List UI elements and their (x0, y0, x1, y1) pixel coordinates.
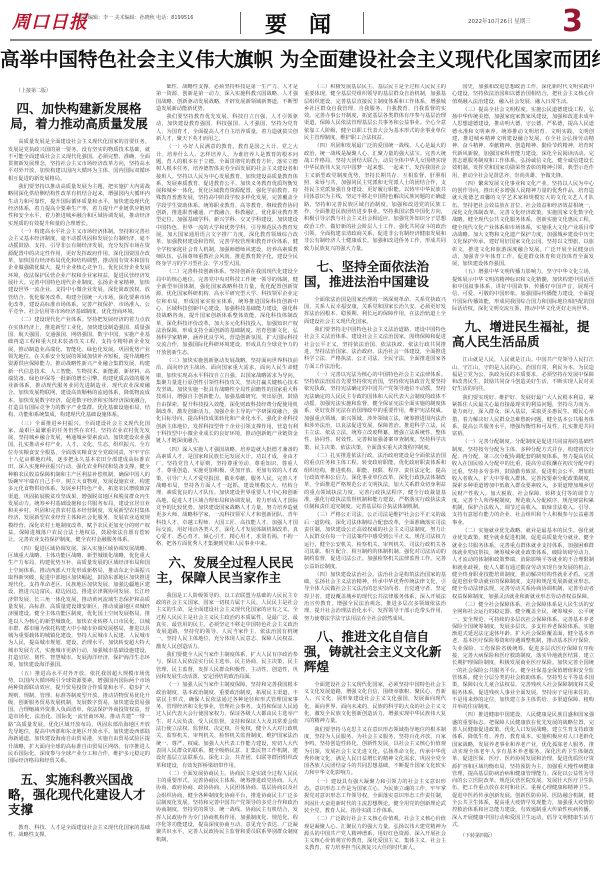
paragraph: （一）加强人民当家作主制度保障。坚持和完善我国根本政治制度、基本政治制度、重要政… (156, 682, 298, 770)
paragraph: （一）完善分配制度。分配制度是促进共同富裕的基础性制度。坚持按劳分配为主体、多种… (452, 439, 594, 527)
paragraph: 教育、科技、人才是全面建设社会主义现代化国家的基础性、战略性支撑。 (8, 825, 150, 840)
editor-credits: 责任编辑：李一 美术编辑：孙晓秋 电话：8199516 (78, 14, 193, 21)
paragraph: 我们要坚持以推动高质量发展为主题，把实施扩大内需战略同深化供给侧结构性改革有机结… (8, 184, 150, 228)
paragraph: （二）实施就业优先战略。就业是最基本的民生。强化就业优先政策，健全就业促进机制，… (452, 528, 594, 601)
paragraph: （一）构建高水平社会主义市场经济体制。坚持和完善社会主义基本经济制度，毫不动摇巩… (8, 229, 150, 317)
paragraph: 础性、战略性支撑。必须坚持科技是第一生产力、人才是第一资源、创新是第一动力，深入… (156, 84, 298, 113)
paragraph: （四）深入实施人才强国战略。培养造就大批德才兼备的高素质人才，是国家和民族长远发… (156, 447, 298, 549)
paragraph: （三）健全社会保障体系。社会保障体系是人民生活的安全网和社会运行的稳定器。健全覆… (452, 602, 594, 711)
paragraph: （一）建设具有强大凝聚力和引领力的社会主义意识形态。意识形态工作是为国家立心、为… (304, 779, 446, 815)
paragraph: （三）积极发展基层民主。基层民主是全过程人民民主的重要体现。健全基层党组织领导的… (304, 84, 446, 142)
paragraph: （五）推进高水平对外开放。依托我国超大规模市场优势，以国内大循环吸引全球资源要素… (8, 671, 150, 766)
paragraph: 我国是工人阶级领导的、以工农联盟为基础的人民民主专政的社会主义国家，国家一切权力… (156, 593, 298, 651)
paragraph: （三）全面推进乡村振兴。全面建设社会主义现代化国家，最艰巨最繁重的任务仍然在农村… (8, 421, 150, 545)
paragraph: 我们要坚持教育优先发展、科技自立自强、人才引领驱动，加快建设教育强国、科技强国、… (156, 114, 298, 143)
paragraph: 全面依法治国是国家治理的一场深刻革命，关系党执政兴国，关系人民幸福安康，关系党和… (304, 297, 446, 326)
paragraph: 我们要实现好、维护好、发展好最广大人民根本利益，紧紧抓住人民最关心最直接最现实的… (452, 395, 594, 439)
paragraph: （一）完善以宪法为核心的中国特色社会主义法律体系。坚持依法治国首先要坚持依宪治国… (304, 372, 446, 452)
continuation-note: （下转第四版） (460, 833, 594, 840)
masthead-rule (10, 39, 592, 41)
paragraph: （五）增强中华文明传播力影响力。坚守中华文化立场，提炼展示中华文明的精神标识和文… (452, 269, 594, 313)
paragraph: （四）促进区域协调发展。深入实施区域协调发展战略、区域重大战略、主体功能区战略、… (8, 546, 150, 670)
paragraph: （二）全面发展协商民主。协商民主是实践全过程人民民主的重要形式。完善协商民主体系… (156, 771, 298, 844)
masthead: 周口日报 责任编辑：李一 美术编辑：孙晓秋 电话：8199516 要闻 2022… (0, 0, 600, 40)
paragraph: （二）扎实推进依法行政。法治政府建设是全面依法治国的重点任务和主体工程。转变政府… (304, 453, 446, 511)
paragraph: （四）推进健康中国建设。人民健康是民族昌盛和国家强盛的重要标志。把保障人民健康放… (452, 712, 594, 829)
column-4: 国史，加强和改进思想政治工作，深化新时代文明实践中心建设，坚持依法治国和以德治国… (452, 84, 594, 879)
section-heading: 九、增进民生福祉，提高人民生活品质 (452, 319, 594, 349)
main-headline: 高举中国特色社会主义伟大旗帜 为全面建设社会主义现代化国家而团结奋斗 (0, 44, 600, 72)
paragraph: （四）繁荣发展文化事业和文化产业。坚持以人民为中心的创作导向，推出更多增强人民精… (452, 181, 594, 269)
paragraph: 江山就是人民，人民就是江山。中国共产党领导人民打江山、守江山，守的是人民的心。治… (452, 357, 594, 393)
column-1: （上接第二版）四、加快构建新发展格局，着力推动高质量发展高质量发展是全面建设社会… (8, 84, 150, 879)
section-heading: 六、发展全过程人民民主，保障人民当家作主 (156, 555, 298, 585)
section-name: 要闻 (265, 8, 353, 39)
section-heading: 四、加快构建新发展格局，着力推动高质量发展 (8, 101, 150, 131)
continuation-note: （上接第二版） (16, 88, 150, 95)
section-heading: 八、推进文化自信自强，铸就社会主义文化新辉煌 (304, 629, 446, 674)
paragraph: （二）完善科技创新体系。坚持创新在我国现代化建设全局中的核心地位。完善党中央对科… (156, 269, 298, 357)
paragraph: （三）严格公正司法。公正司法是维护社会公平正义的最后一道防线。深化司法体制综合配… (304, 512, 446, 570)
paragraph: （一）办好人民满意的教育。教育是国之大计、党之大计。培养什么人、怎样培养人、为谁… (156, 144, 298, 268)
article-columns: （上接第二版）四、加快构建新发展格局，着力推动高质量发展高质量发展是全面建设社会… (8, 84, 594, 879)
paragraph: 高质量发展是全面建设社会主义现代化国家的首要任务。发展是党执政兴国的第一要务。没… (8, 139, 150, 183)
divider (363, 12, 364, 34)
column-3: （三）积极发展基层民主。基层民主是全过程人民民主的重要体现。健全基层党组织领导的… (304, 84, 446, 879)
paragraph: （三）加快实施创新驱动发展战略。坚持面向世界科技前沿、面向经济主战场、面向国家重… (156, 358, 298, 446)
newspaper-logo: 周口日报 (12, 8, 88, 34)
paragraph: 我们要坚持马克思主义在意识形态领域指导地位的根本制度，坚持为人民服务、为社会主义… (304, 727, 446, 778)
divider (240, 12, 241, 34)
section-heading: 七、坚持全面依法治国，推进法治中国建设 (304, 259, 446, 289)
paragraph: （四）加快建设法治社会。法治社会是构筑法治国家的基础。弘扬社会主义法治精神，传承… (304, 572, 446, 623)
column-2: 础性、战略性支撑。必须坚持科技是第一生产力、人才是第一资源、创新是第一动力，深入… (156, 84, 298, 879)
paragraph: （四）巩固和发展最广泛的爱国统一战线。人心是最大的政治，统一战线是凝聚人心、汇聚… (304, 143, 446, 252)
paragraph: 国史，加强和改进思想政治工作，深化新时代文明实践中心建设，坚持依法治国和以德治国… (452, 84, 594, 106)
paragraph: 我们要健全人民当家作主制度体系，扩大人民有序政治参与，保证人民依法实行民主选举、… (156, 652, 298, 681)
paragraph: 全面建设社会主义现代化国家，必须坚持中国特色社会主义文化发展道路，增强文化自信，… (304, 682, 446, 726)
paragraph: （三）提高全社会文明程度。实施公民道德建设工程，弘扬中华传统美德，加强家庭家教家… (452, 107, 594, 180)
paragraph: （二）建设现代化产业体系。坚持把发展经济的着力点放在实体经济上，推进新型工业化，… (8, 317, 150, 419)
dateline: 2022年10月26日 星期三 (468, 17, 531, 25)
section-heading: 五、实施科教兴国战略，强化现代化建设人才支撑 (8, 772, 150, 817)
paragraph: （二）广泛践行社会主义核心价值观。社会主义核心价值观是凝聚人心、汇聚民力的强大力… (304, 816, 446, 852)
paragraph: 我们要坚持走中国特色社会主义法治道路，建设中国特色社会主义法治体系、建设社会主义… (304, 327, 446, 371)
page-number: 3 (562, 4, 583, 39)
